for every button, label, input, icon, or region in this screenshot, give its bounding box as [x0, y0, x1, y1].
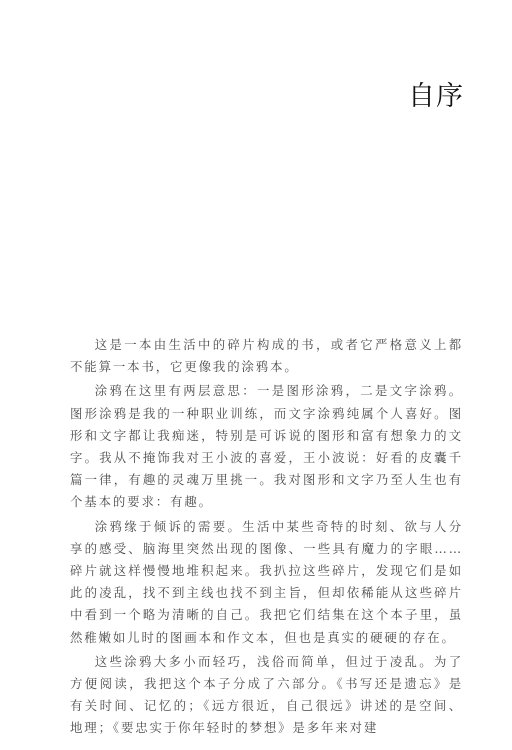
document-page: 自序 这是一本由生活中的碎片构成的书，或者它严格意义上都不能算一本书，它更像我的… — [0, 0, 512, 750]
paragraph-4: 这些涂鸦大多小而轻巧，浅俗而简单，但过于凌乱。为了方便阅读，我把这个本子分成了六… — [70, 651, 463, 740]
paragraph-1: 这是一本由生活中的碎片构成的书，或者它严格意义上都不能算一本书，它更像我的涂鸦本… — [70, 334, 463, 378]
paragraph-2: 涂鸦在这里有两层意思：一是图形涂鸦，二是文字涂鸦。图形涂鸦是我的一种职业训练，而… — [70, 380, 463, 513]
paragraph-3: 涂鸦缘于倾诉的需要。生活中某些奇特的时刻、欲与人分享的感受、脑海里突然出现的图像… — [70, 516, 463, 649]
preface-body: 这是一本由生活中的碎片构成的书，或者它严格意义上都不能算一本书，它更像我的涂鸦本… — [70, 334, 463, 740]
page-title: 自序 — [408, 80, 464, 114]
